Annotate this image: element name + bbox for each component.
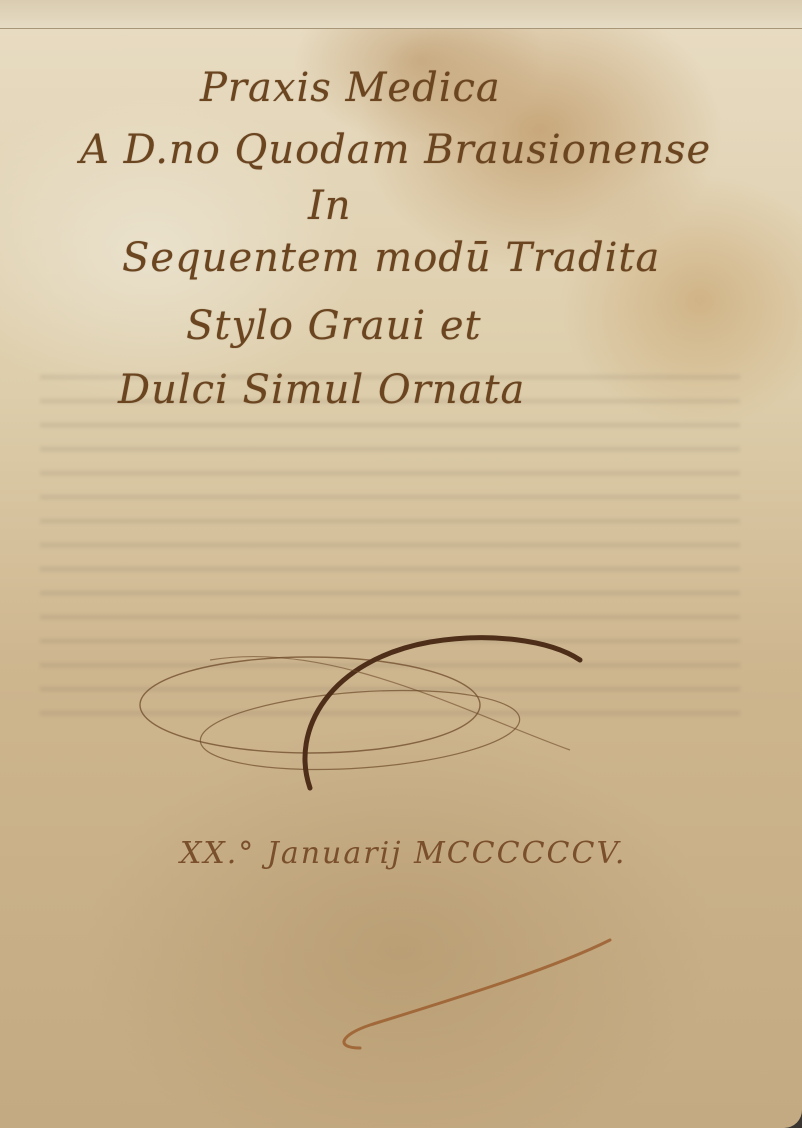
title-line-4: Sequentem modū Tradita [122,235,660,281]
calligraphic-flourish-icon [130,620,590,810]
date-line: XX.° Januarij MCCCCCCV. [180,836,626,871]
title-line-2: A D.no Quodam Brausionense [80,127,711,173]
page-top-fold [0,0,802,29]
manuscript-page: Praxis Medica A D.no Quodam Brausionense… [0,0,802,1128]
title-line-5: Stylo Graui et [186,303,482,349]
title-line-6: Dulci Simul Ornata [118,367,525,413]
title-line-1: Praxis Medica [200,65,501,111]
pen-stroke-icon [330,930,630,1060]
title-line-3: In [308,183,352,229]
